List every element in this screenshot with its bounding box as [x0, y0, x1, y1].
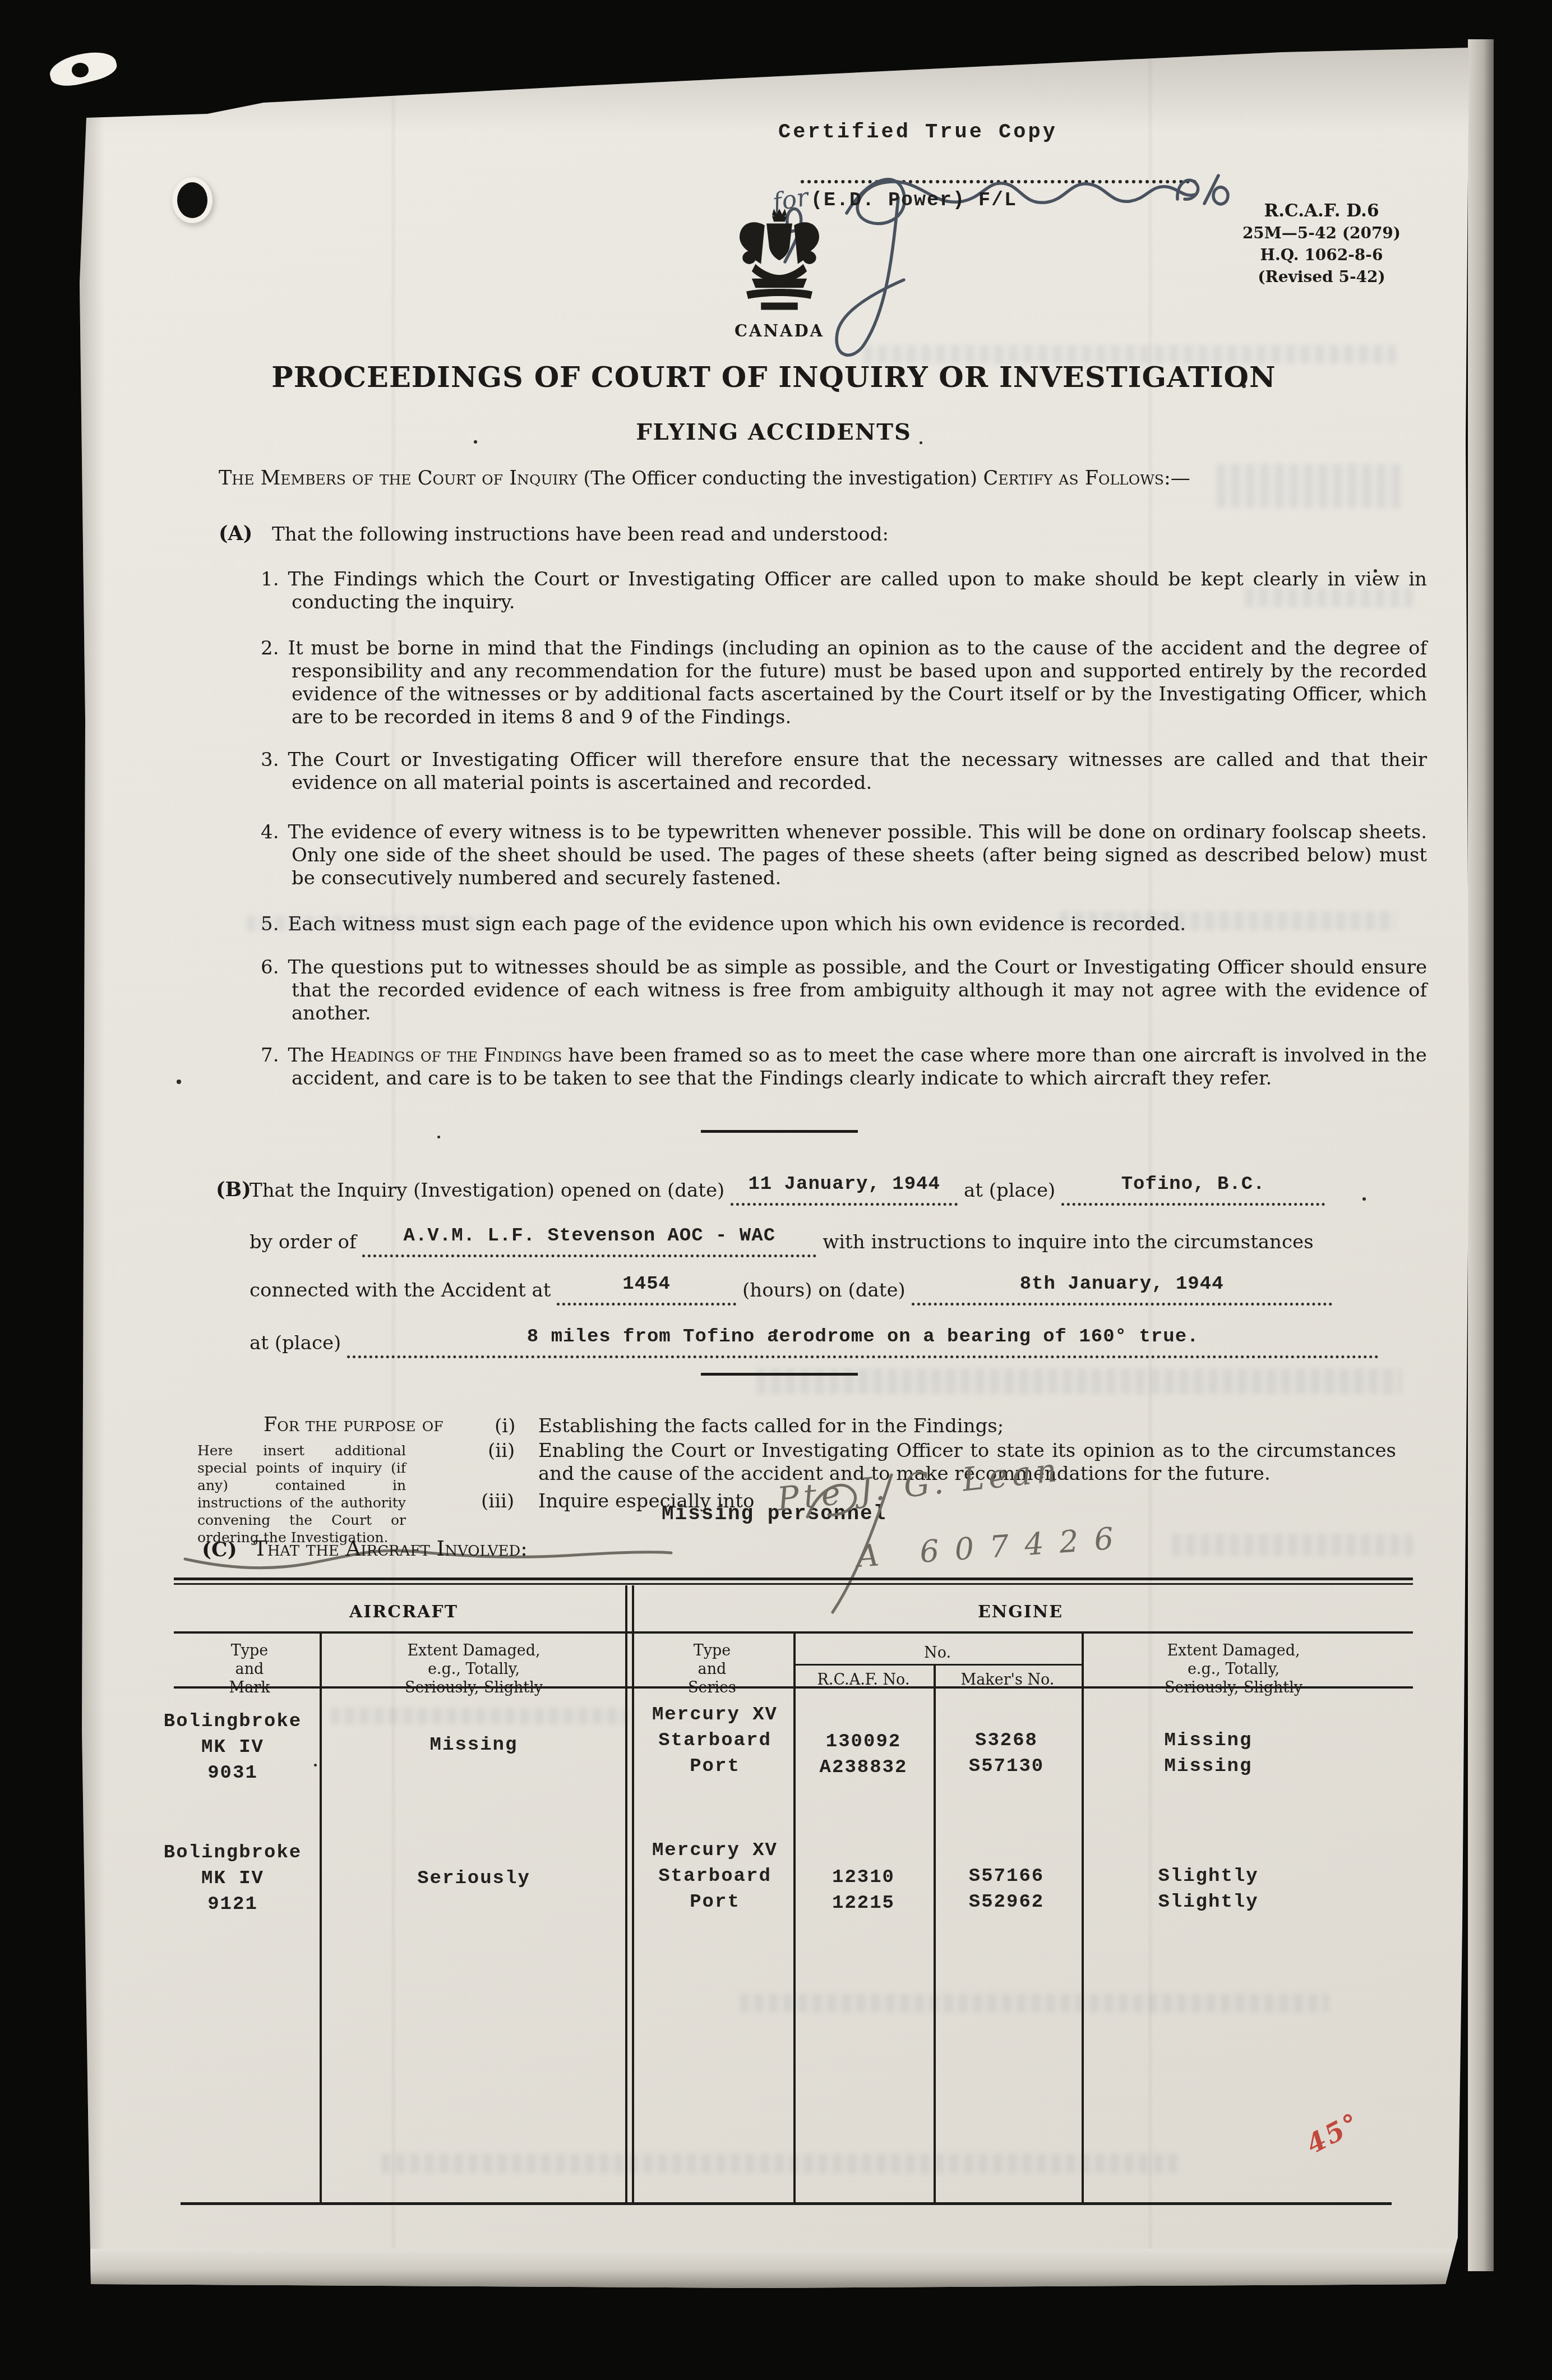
col-header-line: and: [639, 1660, 785, 1678]
col-header-type-series: Type and Series: [639, 1641, 785, 1697]
crest-caption: CANADA: [722, 321, 837, 340]
red-handwritten-note: 45°: [1301, 2107, 1366, 2161]
cell-line: 130092: [796, 1729, 931, 1755]
table-top-rule-2: [174, 1583, 1413, 1585]
purpose-item-number: (i): [495, 1415, 515, 1437]
table-row: 12310 12215: [796, 1865, 931, 1916]
cell-line: 12215: [796, 1890, 931, 1916]
form-ref: H.Q. 1062-8-6: [1229, 244, 1414, 266]
table-row: Seriously: [328, 1866, 620, 1892]
section-b-line-1: That the Inquiry (Investigation) opened …: [250, 1179, 1396, 1206]
cell-line: A238832: [796, 1755, 931, 1781]
purpose-item-text: Establishing the facts called for in the…: [538, 1415, 1396, 1438]
item-number: 1.: [261, 568, 279, 591]
col-header-line: Extent Damaged,: [342, 1641, 606, 1660]
cell-line: Bolingbroke: [140, 1709, 325, 1735]
fill-in-place-opened: Tofino, B.C.: [1061, 1179, 1325, 1206]
item-text: The Court or Investigating Officer will …: [288, 749, 1427, 794]
document-page: Certified True Copy for (E.D. Power) F/L…: [78, 48, 1469, 2288]
item-text: The questions put to witnesses should be…: [288, 956, 1427, 1025]
document-subtitle: FLYING ACCIDENTS: [78, 419, 1469, 445]
col-header-no: No.: [793, 1644, 1082, 1662]
purpose-label-text: For the purpose of: [264, 1414, 444, 1436]
aircraft-section-header: AIRCRAFT: [286, 1602, 521, 1622]
purpose-item-number: (iii): [481, 1490, 514, 1512]
cell-line: MK IV: [140, 1866, 325, 1892]
cell-line: Port: [636, 1889, 793, 1915]
item-text: The Findings which the Court or Investig…: [288, 568, 1427, 614]
canada-coat-of-arms: [733, 207, 825, 319]
typed-value: 8th January, 1944: [1020, 1274, 1224, 1295]
cell-line: S52962: [936, 1889, 1077, 1915]
purpose-label: For the purpose of: [264, 1414, 444, 1436]
col-header-line: Type: [179, 1641, 320, 1660]
printed-text: by order of: [250, 1231, 357, 1253]
instruction-item-5: 5.Each witness must sign each page of th…: [261, 913, 1427, 936]
typed-value: Tofino, B.C.: [1121, 1174, 1265, 1195]
cell-line: Slightly: [1088, 1864, 1329, 1889]
separator-rule: [701, 1373, 858, 1376]
instruction-item-4: 4.The evidence of every witness is to be…: [261, 821, 1427, 890]
printed-text: with instructions to inquire into the ci…: [823, 1231, 1313, 1253]
col-header-extent-engine: Extent Damaged, e.g., Totally, Seriously…: [1088, 1641, 1379, 1697]
item-text: The: [288, 1044, 330, 1067]
fill-in-accident-place: 8 miles from Tofino aerodrome on a beari…: [347, 1332, 1379, 1358]
typed-value: 1454: [622, 1274, 671, 1295]
form-ref: 25M—5-42 (2079): [1229, 222, 1414, 244]
corner-paper-curl-shadow: [72, 63, 89, 77]
cell-line: Slightly: [1088, 1889, 1329, 1915]
ink-bleedthrough: [331, 1708, 628, 1724]
col-header-line: Extent Damaged,: [1088, 1641, 1379, 1660]
item-text: It must be borne in mind that the Findin…: [288, 637, 1427, 728]
fill-in-order-authority: A.V.M. L.F. Stevenson AOC - WAC: [362, 1231, 816, 1257]
certify-mid: (The Officer conducting the investigatio…: [578, 467, 983, 489]
cell-line: 9121: [140, 1892, 325, 1917]
cell-line: Starboard: [636, 1728, 793, 1754]
col-header-type-mark: Type and Mark: [179, 1641, 320, 1697]
section-c-label: (C): [202, 1538, 237, 1561]
instruction-item-2: 2.It must be borne in mind that the Find…: [261, 637, 1427, 729]
certifier-name: (E.D. Power) F/L: [811, 189, 1017, 211]
cell-line: Mercury XV: [636, 1838, 793, 1864]
form-ref: R.C.A.F. D.6: [1229, 200, 1414, 222]
table-top-rule: [174, 1578, 1413, 1580]
section-c-heading-text: That the Aircraft Involved:: [253, 1537, 528, 1561]
table-row: 130092 A238832: [796, 1729, 931, 1781]
fill-in-date-opened: 11 January, 1944: [731, 1179, 958, 1206]
paper-speck: [177, 1080, 181, 1084]
ink-bleedthrough: [381, 2153, 1177, 2174]
scanned-document-photo: { "header": { "certified_label": "Certif…: [0, 0, 1552, 2380]
item-number: 2.: [261, 637, 279, 659]
table-row: S3268 S57130: [936, 1728, 1077, 1779]
printed-text: at (place): [964, 1179, 1055, 1202]
page-stack-edge: [1468, 39, 1494, 2271]
table-section-divider-2: [632, 1585, 634, 2203]
item-text-smallcaps: Headings of the Findings: [330, 1044, 562, 1067]
cell-line: Bolingbroke: [140, 1840, 325, 1866]
item-number: 7.: [261, 1044, 279, 1067]
certify-sc1: The Members of the Court of Inquiry: [219, 467, 578, 490]
section-a-intro: That the following instructions have bee…: [272, 523, 889, 546]
table-row: S57166 S52962: [936, 1864, 1077, 1915]
table-row: Mercury XV Starboard Port: [636, 1838, 793, 1915]
item-text: The evidence of every witness is to be t…: [288, 821, 1427, 889]
table-row: Missing: [328, 1732, 620, 1758]
table-column-line: [934, 1665, 936, 2203]
table-bottom-rule: [181, 2202, 1392, 2205]
table-row: Slightly Slightly: [1088, 1864, 1329, 1915]
section-b-line-4: at (place) 8 miles from Tofino aerodrome…: [250, 1332, 1396, 1358]
table-column-line: [793, 1632, 796, 2203]
instruction-item-1: 1.The Findings which the Court or Invest…: [261, 568, 1427, 614]
typed-value: 8 miles from Tofino aerodrome on a beari…: [527, 1326, 1199, 1348]
item-number: 4.: [261, 821, 279, 843]
fill-in-accident-date: 8th January, 1944: [912, 1279, 1332, 1306]
instruction-item-6: 6.The questions put to witnesses should …: [261, 956, 1427, 1025]
col-header-line: and: [179, 1660, 320, 1678]
instruction-item-7: 7.The Headings of the Findings have been…: [261, 1044, 1427, 1090]
table-row: Bolingbroke MK IV 9031: [140, 1709, 325, 1786]
cell-line: MK IV: [140, 1735, 325, 1760]
cell-line: Missing: [1088, 1728, 1329, 1754]
fill-in-hours: 1454: [557, 1279, 736, 1306]
cell-line: 9031: [140, 1760, 325, 1786]
printed-text: (hours) on (date): [742, 1279, 906, 1302]
printed-text: That the Inquiry (Investigation) opened …: [250, 1179, 724, 1202]
typed-value: A.V.M. L.F. Stevenson AOC - WAC: [404, 1225, 776, 1247]
typed-value: 11 January, 1944: [748, 1174, 940, 1195]
document-title: PROCEEDINGS OF COURT OF INQUIRY OR INVES…: [78, 361, 1469, 394]
cell-line: Mercury XV: [636, 1702, 793, 1728]
section-c-heading: That the Aircraft Involved:: [253, 1537, 528, 1561]
margin-instruction-note: Here insert additional special points of…: [197, 1442, 406, 1546]
col-header-line: e.g., Totally,: [342, 1660, 606, 1678]
certify-statement: The Members of the Court of Inquiry (The…: [219, 467, 1402, 490]
form-ref: (Revised 5-42): [1229, 266, 1414, 288]
table-column-line: [1082, 1632, 1084, 2203]
paper-speck: [437, 1136, 440, 1138]
cell-line: S3268: [936, 1728, 1077, 1754]
printed-text: at (place): [250, 1332, 341, 1354]
section-a-label: (A): [219, 522, 252, 545]
table-row: Missing Missing: [1088, 1728, 1329, 1779]
table-row: Bolingbroke MK IV 9121: [140, 1840, 325, 1917]
ink-bleedthrough: [740, 1994, 1329, 2013]
item-number: 5.: [261, 913, 279, 935]
ink-bleedthrough: [757, 1368, 1402, 1394]
section-b-line-2: by order of A.V.M. L.F. Stevenson AOC - …: [250, 1231, 1396, 1257]
no-subheader-rule: [793, 1664, 1082, 1666]
certify-sc2: Certify as Follows:—: [983, 467, 1190, 490]
item-text: Each witness must sign each page of the …: [288, 913, 1186, 935]
col-header-extent-aircraft: Extent Damaged, e.g., Totally, Seriously…: [342, 1641, 606, 1697]
cell-line: S57130: [936, 1754, 1077, 1779]
table-row: Mercury XV Starboard Port: [636, 1702, 793, 1779]
form-reference-block: R.C.A.F. D.6 25M—5-42 (2079) H.Q. 1062-8…: [1229, 200, 1414, 288]
purpose-item-number: (ii): [488, 1440, 515, 1462]
cell-line: Missing: [1088, 1754, 1329, 1779]
item-number: 3.: [261, 749, 279, 771]
cell-line: Starboard: [636, 1864, 793, 1889]
section-b-label: (B): [216, 1178, 251, 1201]
section-b-line-3: connected with the Accident at 1454 (hou…: [250, 1279, 1396, 1306]
cell-line: Port: [636, 1754, 793, 1779]
punch-hole: [177, 182, 207, 218]
item-number: 6.: [261, 956, 279, 979]
col-header-line: Type: [639, 1641, 785, 1660]
engine-section-header: ENGINE: [903, 1602, 1138, 1622]
printed-text: connected with the Accident at: [250, 1279, 551, 1302]
instruction-item-3: 3.The Court or Investigating Officer wil…: [261, 749, 1427, 795]
page-bottom-curl: [78, 2249, 1469, 2288]
separator-rule: [701, 1130, 858, 1133]
table-section-divider: [625, 1585, 627, 2203]
cell-line: 12310: [796, 1865, 931, 1890]
col-header-line: e.g., Totally,: [1088, 1660, 1379, 1678]
cell-line: S57166: [936, 1864, 1077, 1889]
